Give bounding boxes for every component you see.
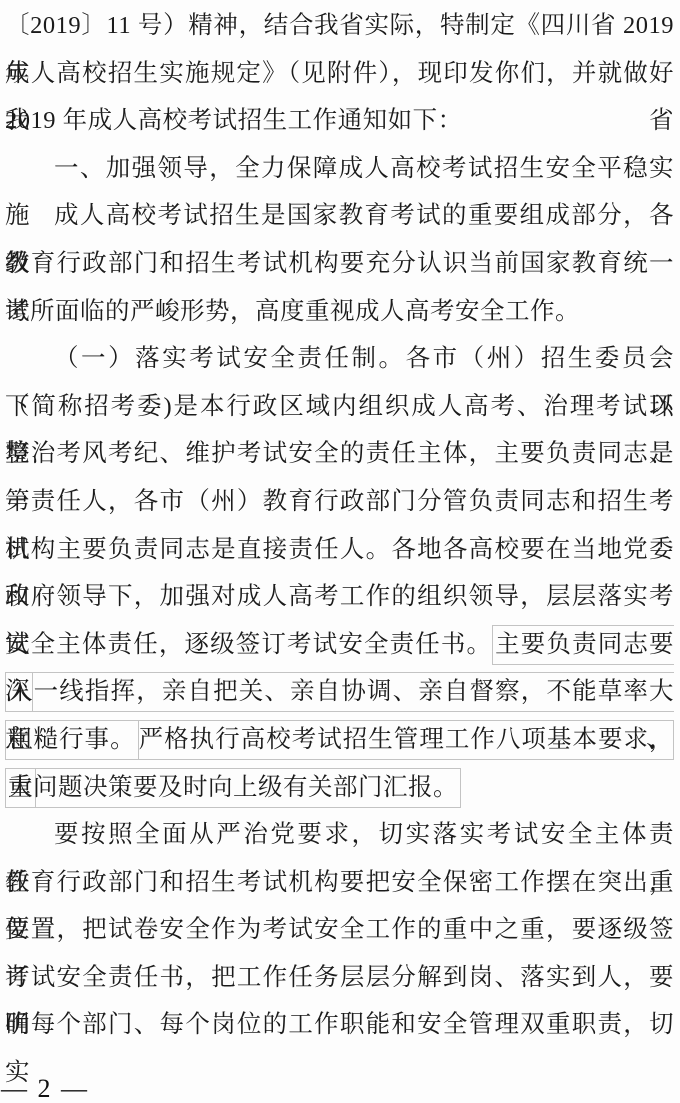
doc-line: 〔2019〕11 号）精神，结合我省实际，特制定《四川省 2019 年 [5, 2, 674, 50]
text-segment: 确每个部门、每个岗位的工作职能和安全管理双重职责，切实 [5, 1011, 674, 1086]
doc-line: （一）落实考试安全责任制。各市（州）招生委员会（以 [5, 335, 674, 383]
doc-line: 一责任人，各市（州）教育行政部门分管负责同志和招生考试 [5, 478, 674, 526]
doc-line: 入一线指挥，亲自把关、亲自协调、亲自督察，不能草率大意、 [5, 668, 674, 716]
document-body: 〔2019〕11 号）精神，结合我省实际，特制定《四川省 2019 年成人高校招… [5, 2, 674, 1049]
doc-line: 成人高校招生实施规定》（见附件），现印发你们，并就做好我省 [5, 50, 674, 98]
doc-line: 政府领导下，加强对成人高考工作的组织领导，层层落实考试 [5, 573, 674, 621]
doc-line: 考试安全责任书，把工作任务层层分解到岗、落实到人，要明 [5, 954, 674, 1002]
text-segment: 安全主体责任，逐级签订考试安全责任书。 [5, 631, 492, 658]
doc-line: 试所面临的严峻形势，高度重视成人高考安全工作。 [5, 288, 674, 336]
doc-line: 成人高校考试招生是国家教育考试的重要组成部分，各级 [5, 192, 674, 240]
doc-line: 教育行政部门和招生考试机构要充分认识当前国家教育统一考 [5, 240, 674, 288]
doc-line: 要按照全面从严治党要求，切实落实考试安全主体责任， [5, 811, 674, 859]
document-page: 〔2019〕11 号）精神，结合我省实际，特制定《四川省 2019 年成人高校招… [0, 0, 680, 1103]
doc-line: 位置，把试卷安全作为考试安全工作的重中之重，要逐级签订 [5, 906, 674, 954]
text-segment: 严格执行高校考试招生管理工作八项基本要求， [139, 726, 674, 753]
doc-line: 确每个部门、每个岗位的工作职能和安全管理双重职责，切实 [5, 1001, 674, 1049]
doc-line: 下简称招考委)是本行政区域内组织成人高考、治理考试环境、 [5, 383, 674, 431]
highlight-box: 粗糙行事。 [5, 720, 139, 760]
text-segment: 2019 年成人高校考试招生工作通知如下： [5, 107, 463, 134]
page-number: — 2 — [1, 1076, 89, 1102]
doc-line: 整治考风考纪、维护考试安全的责任主体，主要负责同志是第 [5, 430, 674, 478]
doc-line: 一、加强领导，全力保障成人高校考试招生安全平稳实施 [5, 145, 674, 193]
doc-line: 大问题决策要及时向上级有关部门汇报。 [5, 764, 674, 812]
highlight-box: 大问题决策要及时向上级有关部门汇报。 [5, 768, 461, 808]
text-segment: 试所面临的严峻形势，高度重视成人高考安全工作。 [5, 298, 580, 325]
doc-line: 粗糙行事。严格执行高校考试招生管理工作八项基本要求，重 [5, 716, 674, 764]
doc-line: 教育行政部门和招生考试机构要把安全保密工作摆在突出重要 [5, 859, 674, 907]
doc-line: 安全主体责任，逐级签订考试安全责任书。主要负责同志要深 [5, 621, 674, 669]
doc-line: 机构主要负责同志是直接责任人。各地各高校要在当地党委和 [5, 526, 674, 574]
